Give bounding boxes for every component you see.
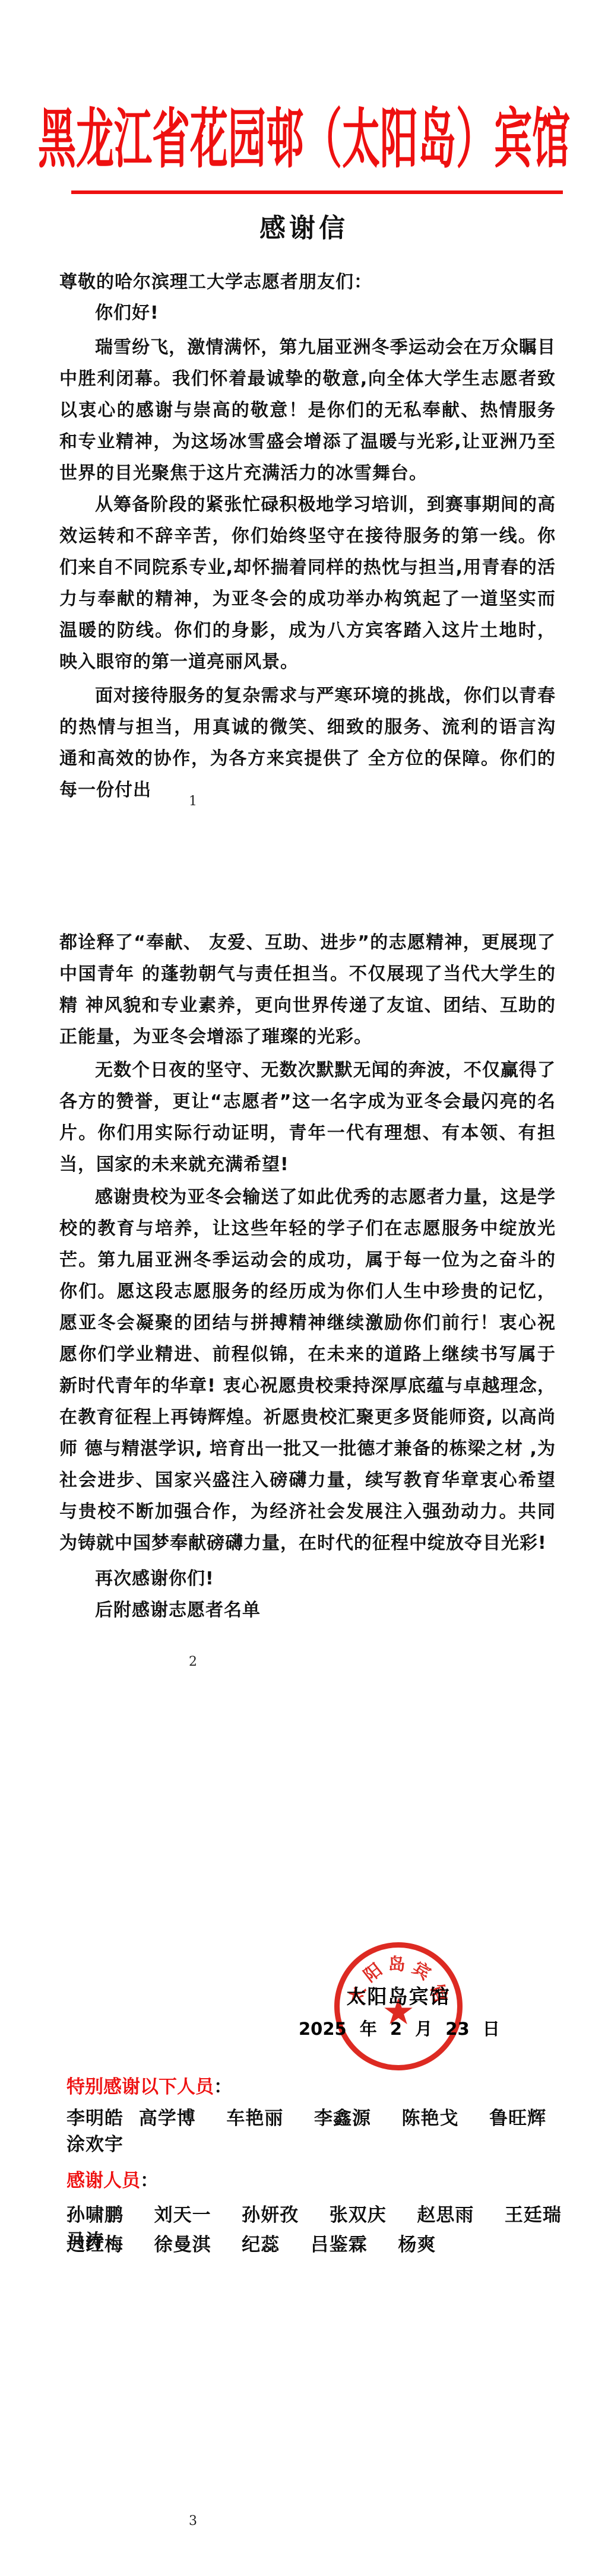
thanks-heading-colon: ： [140,2170,159,2191]
seal-hotel-name: 太阳岛宾馆 [311,1981,486,2009]
scanned-letter-document: { "colors": { "accent_red": "#ee1010", "… [0,0,608,2576]
special-thanks-heading: 特别感谢以下人员： [66,2075,232,2099]
closing-line-1: 再次感谢你们! [95,1563,556,1594]
closing-line-2: 后附感谢志愿者名单 [95,1594,556,1626]
document-title: 感谢信 [0,207,608,244]
thanks-heading: 感谢人员： [66,2169,159,2193]
paragraph-1: 瑞雪纷飞，激情满怀，第九届亚洲冬季运动会在万众瞩目中胜利闭幕。我们怀着最诚挚的敬… [59,332,556,489]
letterhead-divider-rule [71,190,563,194]
page-number-2: 2 [178,1654,208,1669]
greeting-line: 你们好! [95,297,556,329]
special-thanks-names: 李明皓 高学博 车艳丽 李鑫源 陈艳戈 鲁旺辉 涂欢宇 [66,2105,577,2158]
thanks-heading-text: 感谢人员 [66,2170,140,2191]
seal-date: 2025 年 2 月 23 日 [299,2016,498,2040]
paragraph-4: 无数个日夜的坚守、无数次默默无闻的奔波，不仅赢得了各方的赞誉，更让“志愿者”这一… [59,1054,556,1180]
paragraph-3-part2: 都诠释了“奉献、 友爱、互助、进步”的志愿精神，更展现了中国青年 的蓬勃朝气与责… [59,927,556,1053]
paragraph-2: 从筹备阶段的紧张忙碌积极地学习培训，到赛事期间的高效运转和不辞辛苦，你们始终坚守… [59,489,556,678]
letterhead-org-name: 黑龙江省花园邨（太阳岛）宾馆 [0,88,608,180]
page-number-3: 3 [178,2514,208,2529]
seal-ring-char: 岛 [386,1954,407,1975]
special-thanks-heading-text: 特别感谢以下人员 [66,2076,214,2098]
paragraph-5: 感谢贵校为亚冬会输送了如此优秀的志愿者力量，这是学校的教育与培养，让这些年轻的学… [59,1181,556,1559]
salutation-line: 尊敬的哈尔滨理工大学志愿者朋友们： [59,266,556,298]
thanks-names-row-2: 迟红梅 徐曼淇 纪蕊 吕鉴霖 杨爽 [66,2232,577,2258]
official-round-seal: 太 阳 岛 宾 馆 ★ 太阳岛宾馆 2025 年 2 月 23 日 [334,1942,463,2070]
page-number-1: 1 [178,794,208,809]
special-thanks-heading-colon: ： [214,2076,232,2098]
paragraph-3-part1: 面对接待服务的复杂需求与严寒环境的挑战，你们以青春的热情与担当，用真诚的微笑、细… [59,680,556,806]
